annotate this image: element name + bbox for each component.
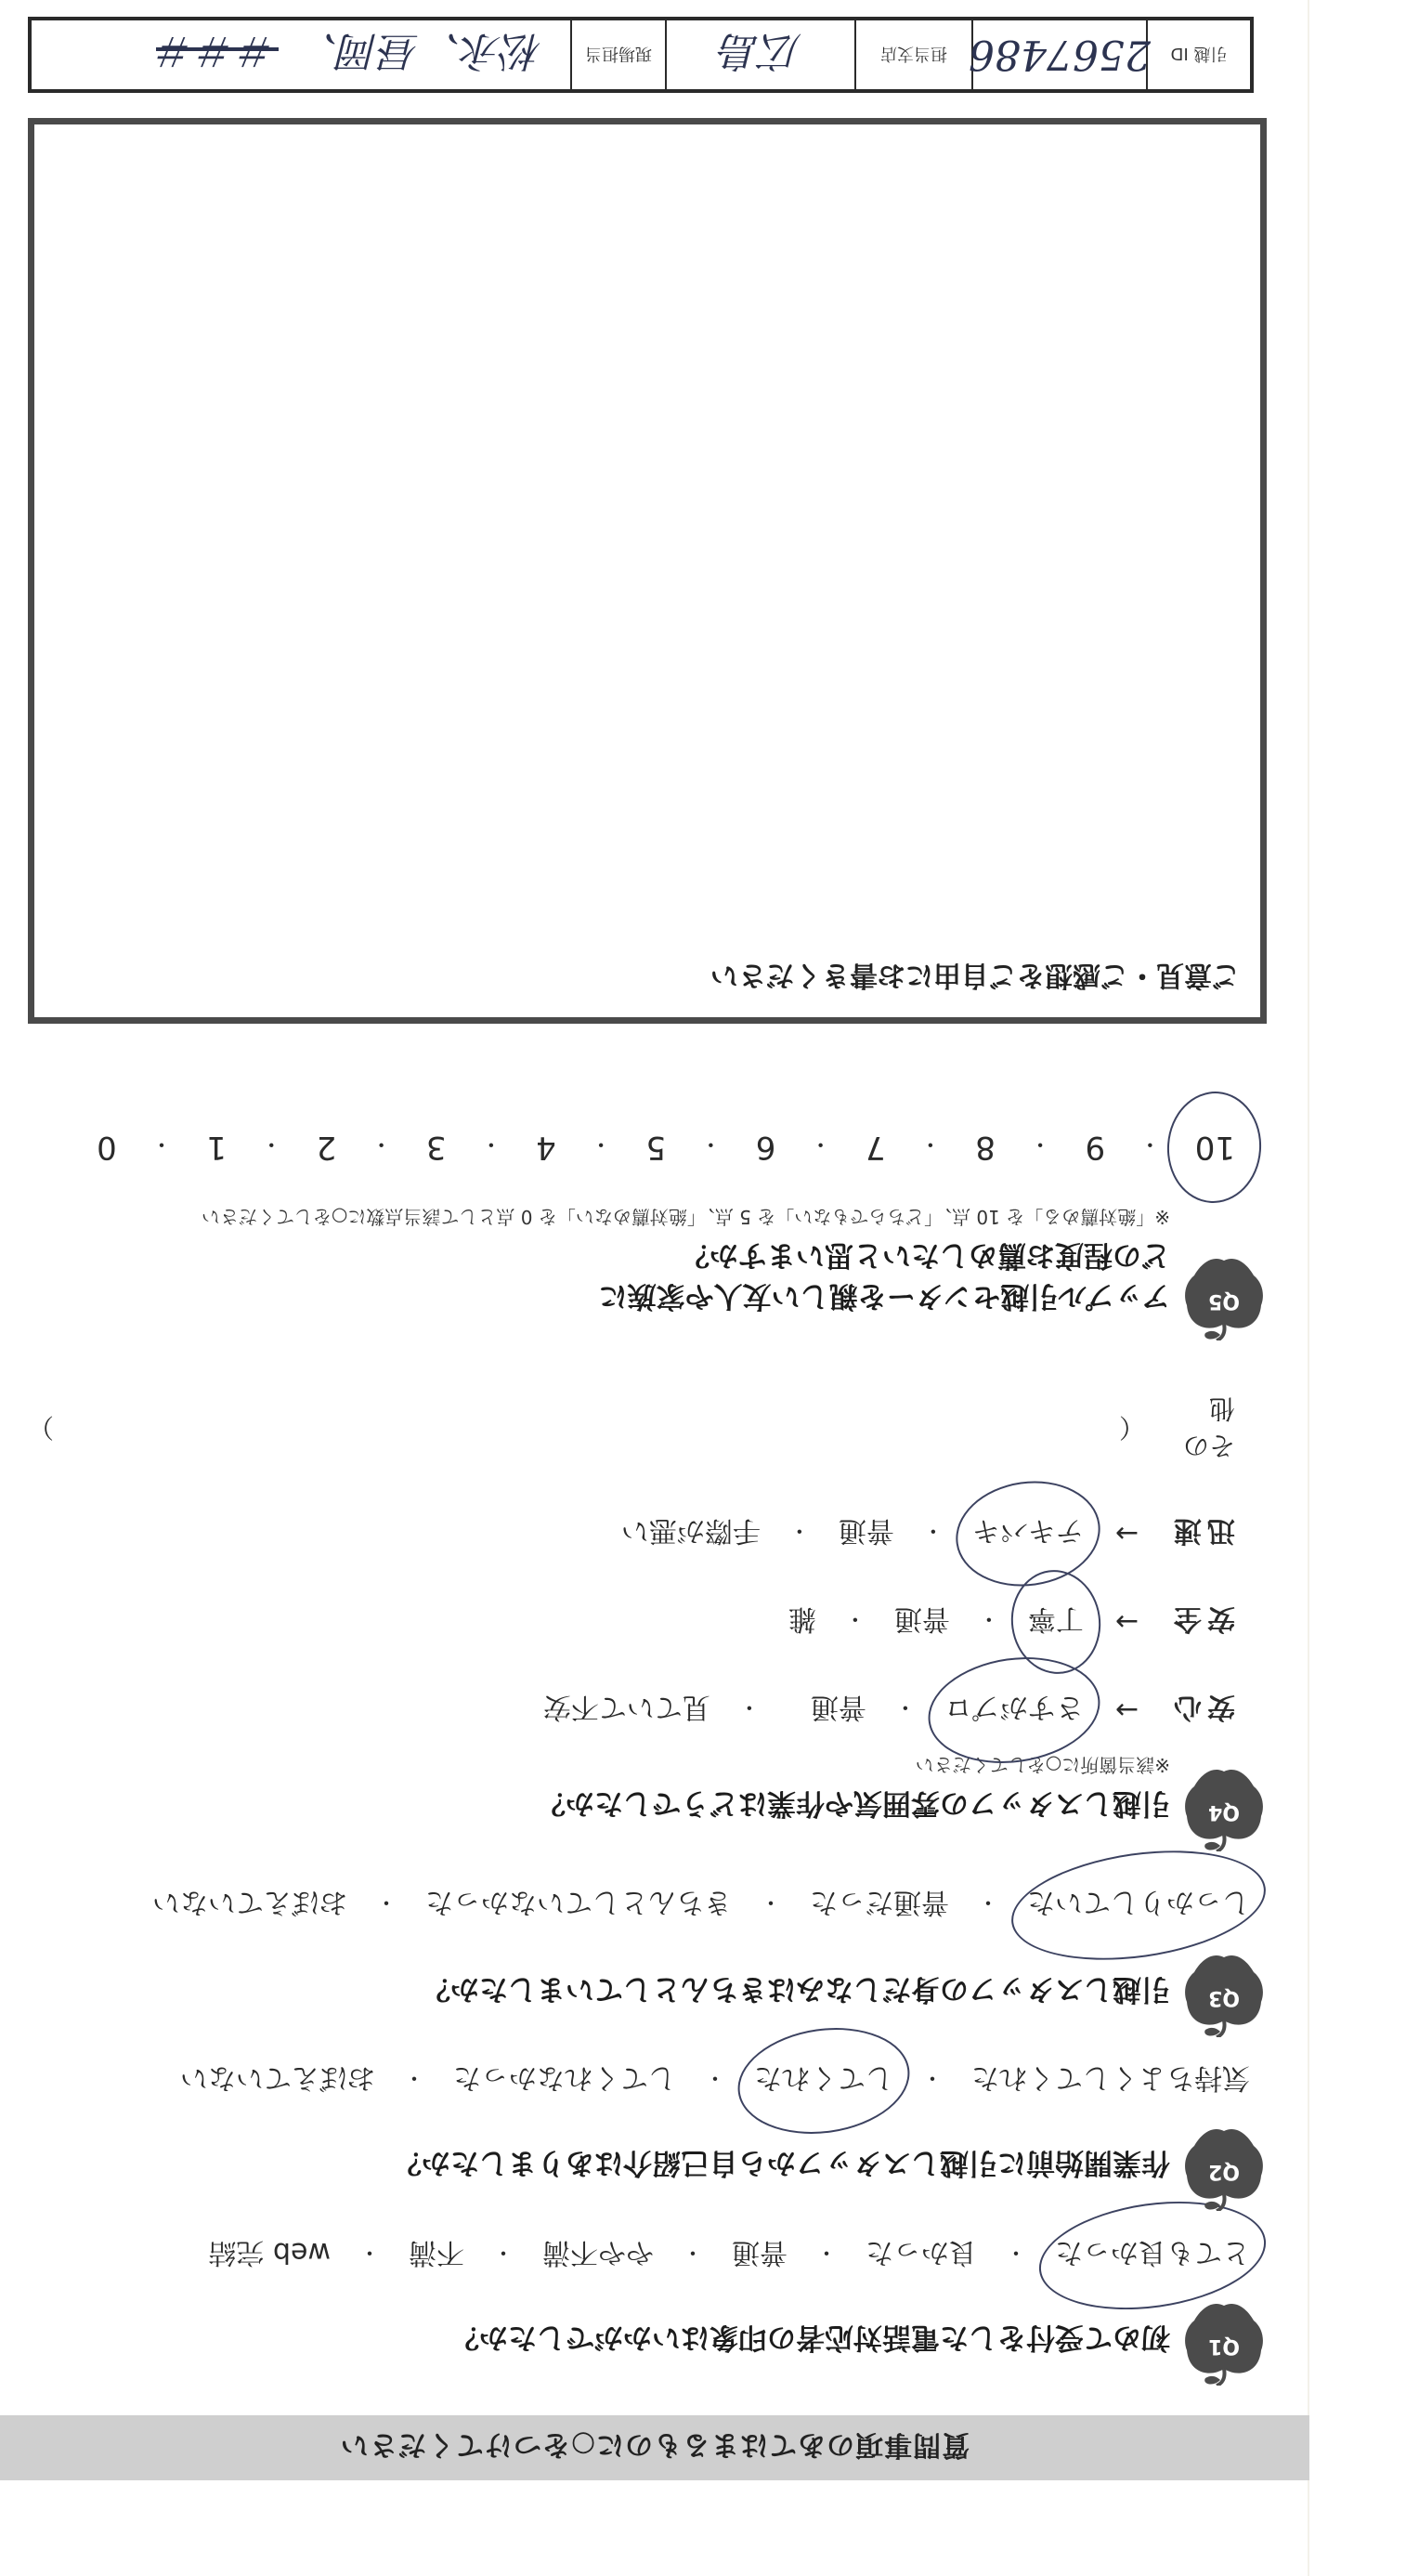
option-average[interactable]: 普通: [891, 1602, 954, 1642]
question-number: Q5: [1181, 1289, 1267, 1313]
site-staff-value-cell: 松永、昼岡、 ＃＃＃: [32, 20, 570, 89]
option-worrying[interactable]: 見ていて不安: [540, 1690, 714, 1731]
question-text: 引越しスタッフの身だしなみはきちんとしていましたか？: [422, 1965, 1170, 2013]
instructions-text: 質問事項のあてはまるものに○をつけてください: [340, 2427, 970, 2468]
option-average[interactable]: 普通: [807, 1690, 870, 1731]
option-introduced[interactable]: してくれた: [750, 2060, 897, 2101]
q1-options: とても良かった・ 良かった・ 普通・ やや不満・ 不満・ web 完結: [204, 2235, 1254, 2276]
site-staff-names: 松永、昼岡、: [297, 25, 542, 85]
score-0[interactable]: 0: [93, 1129, 121, 1166]
option-average[interactable]: 普通: [728, 2235, 791, 2276]
option-web-complete[interactable]: web 完結: [204, 2235, 334, 2276]
apple-question-icon: Q4: [1181, 1759, 1267, 1851]
question-q3: Q3 引越しスタッフの身だしなみはきちんとしていましたか？ しっかりしていた・ …: [28, 1870, 1309, 2037]
q4-category-safety: 安全 → 丁寧・ 普通・ 雑: [785, 1602, 1235, 1642]
comment-box[interactable]: ご意見・ご感想をご自由にお書きください: [28, 118, 1267, 1024]
score-1[interactable]: 1: [202, 1129, 230, 1166]
branch-value-cell: 広島: [665, 20, 854, 89]
question-note: ※「絶対薦める」を 10 点、「どちらでもない」を 5 点、「絶対薦めない」を …: [202, 1203, 1170, 1231]
option-dissatisfied[interactable]: 不満: [405, 2235, 468, 2276]
score-9[interactable]: 9: [1081, 1129, 1109, 1166]
q4-category-speed: 迅速 → テキパキ・ 普通・ 手際が悪い: [618, 1513, 1235, 1554]
option-very-good[interactable]: とても良かった: [1051, 2235, 1254, 2276]
category-label: 安全: [1161, 1602, 1235, 1642]
option-good[interactable]: 良かった: [862, 2235, 981, 2276]
question-text-line2: どの程度お薦めしたいと思いますか？: [202, 1235, 1170, 1275]
q4-other: その他 （ ）: [28, 1392, 1235, 1466]
question-text: 引越しスタッフの雰囲気や作業はどうでしたか？: [537, 1779, 1170, 1827]
move-id-value-cell: 2567486: [971, 20, 1146, 89]
option-average[interactable]: 普通: [835, 1513, 898, 1554]
score-10[interactable]: 10: [1191, 1129, 1239, 1166]
branch-label: 担当支店: [880, 43, 947, 67]
question-q5: Q5 アップル引越センターを親しい友人や家族に どの程度お薦めしたいと思いますか…: [28, 1192, 1309, 1340]
arrow-icon: →: [1115, 1518, 1139, 1550]
category-label: 安心: [1161, 1690, 1235, 1731]
score-3[interactable]: 3: [423, 1129, 450, 1166]
option-slightly-dissatisfied[interactable]: やや不満: [539, 2235, 657, 2276]
apple-question-icon: Q5: [1181, 1248, 1267, 1340]
question-q4: Q4 引越しスタッフの雰囲気や作業はどうでしたか？ ※該当箇所に○をしてください…: [28, 1387, 1309, 1851]
arrow-icon: →: [1115, 1606, 1139, 1639]
option-dont-remember[interactable]: おぼえていない: [149, 1885, 351, 1926]
comment-label: ご意見・ご感想をご自由にお書きください: [710, 958, 1240, 999]
option-efficient[interactable]: テキパキ: [969, 1513, 1087, 1554]
move-id-label-cell: 引越 ID: [1146, 20, 1250, 89]
score-4[interactable]: 4: [532, 1129, 560, 1166]
move-id-value: 2567486: [969, 32, 1151, 79]
option-neat[interactable]: しっかりしていた: [1023, 1885, 1254, 1926]
score-8[interactable]: 8: [971, 1129, 999, 1166]
other-label: その他: [1158, 1392, 1235, 1466]
question-number: Q4: [1181, 1800, 1267, 1824]
q4-category-reassurance: 安心 → さすがプロ・ 普通 ・ 見ていて不安: [540, 1690, 1235, 1731]
question-q1: Q1 初めて受付をした電話対応者の印象はいかがでしたか？ とても良かった・ 良か…: [28, 2218, 1309, 2386]
question-text: 作業開始前に引越しスタッフから自己紹介はありましたか？: [393, 2138, 1170, 2187]
question-number: Q2: [1181, 2160, 1267, 2183]
question-number: Q3: [1181, 1986, 1267, 2009]
scribbled-name: ＃＃＃: [156, 25, 279, 85]
score-7[interactable]: 7: [862, 1129, 890, 1166]
category-label: 迅速: [1161, 1513, 1235, 1554]
option-professional[interactable]: さすがプロ: [941, 1690, 1087, 1731]
option-careful[interactable]: 丁寧: [1024, 1602, 1087, 1642]
score-2[interactable]: 2: [313, 1129, 341, 1166]
score-6[interactable]: 6: [752, 1129, 780, 1166]
apple-question-icon: Q3: [1181, 1944, 1267, 2037]
recommendation-scale: 10・ 9・ 8・ 7・ 6・ 5・ 4・ 3・ 2・ 1・ 0: [28, 1129, 1309, 1166]
option-not-introduced[interactable]: してくれなかった: [449, 2060, 680, 2101]
apple-question-icon: Q1: [1181, 2293, 1267, 2386]
option-clumsy[interactable]: 手際が悪い: [618, 1513, 764, 1554]
q2-options: 気持ちよくしてくれた・ してくれた・ してくれなかった・ おぼえていない: [176, 2060, 1254, 2101]
arrow-icon: →: [1115, 1694, 1139, 1727]
option-sloppy[interactable]: 雑: [785, 1602, 820, 1642]
q3-options: しっかりしていた・ 普通だった・ きちんとしていなかった・ おぼえていない: [149, 1885, 1254, 1926]
branch-value: 広島: [720, 25, 801, 85]
option-pleasantly-introduced[interactable]: 気持ちよくしてくれた: [968, 2060, 1254, 2101]
site-staff-label-cell: 現場担当: [570, 20, 665, 89]
option-not-neat[interactable]: きちんとしていなかった: [422, 1885, 736, 1926]
question-text-line1: アップル引越センターを親しい友人や家族に: [202, 1275, 1170, 1316]
option-average[interactable]: 普通だった: [806, 1885, 953, 1926]
move-id-label: 引越 ID: [1171, 43, 1228, 67]
branch-label-cell: 担当支店: [854, 20, 971, 89]
question-number: Q1: [1181, 2334, 1267, 2358]
site-staff-label: 現場担当: [585, 43, 652, 67]
question-note: ※該当箇所に○をしてください: [537, 1751, 1170, 1779]
apple-question-icon: Q2: [1181, 2118, 1267, 2211]
score-5[interactable]: 5: [642, 1129, 670, 1166]
question-q2: Q2 作業開始前に引越しスタッフから自己紹介はありましたか？ 気持ちよくしてくれ…: [28, 2044, 1309, 2211]
instructions-banner: 質問事項のあてはまるものに○をつけてください: [0, 2415, 1309, 2480]
question-text: 初めて受付をした電話対応者の印象はいかがでしたか？: [450, 2313, 1170, 2361]
survey-form-page: 質問事項のあてはまるものに○をつけてください Q1 初めて受付をした電話対応者の…: [0, 0, 1406, 2576]
header-info-table: 引越 ID 2567486 担当支店 広島 現場担当 松永、昼岡、 ＃＃＃: [28, 17, 1254, 93]
option-dont-remember[interactable]: おぼえていない: [176, 2060, 379, 2101]
